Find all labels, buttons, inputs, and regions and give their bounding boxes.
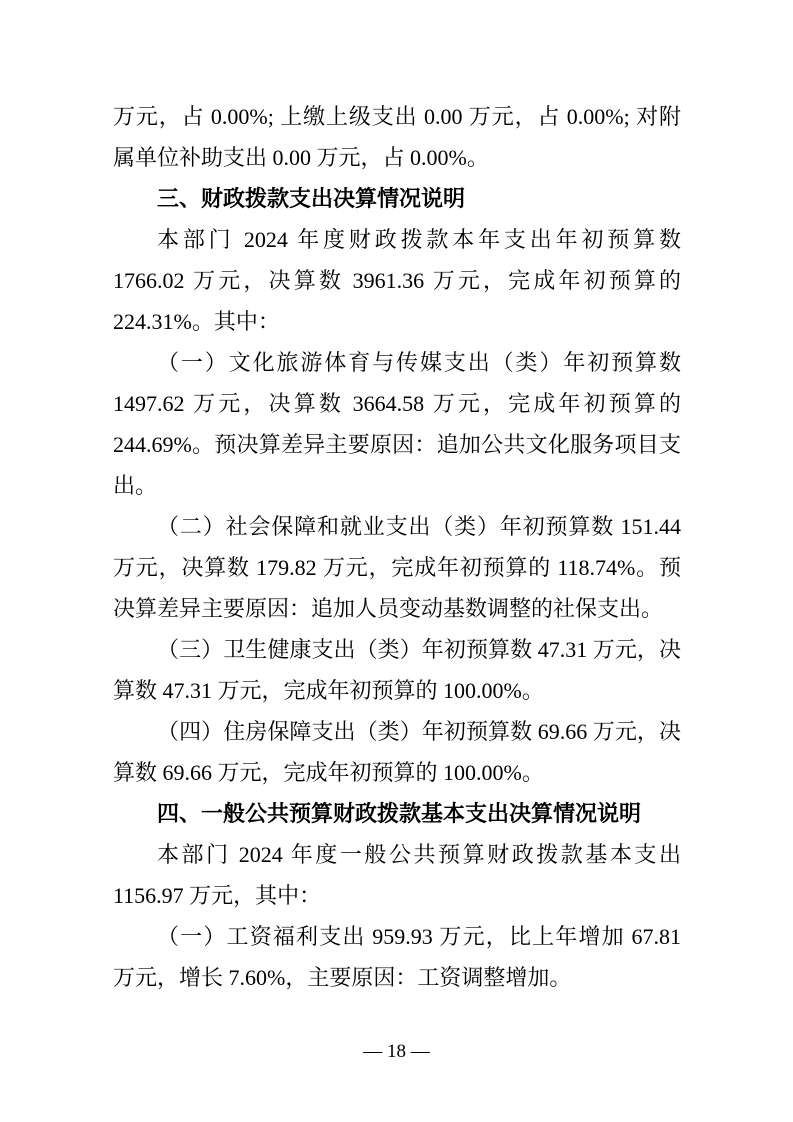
- paragraph: （一）文化旅游体育与传媒支出（类）年初预算数 1497.62 万元，决算数 36…: [113, 342, 681, 506]
- paragraph: 本部门 2024 年度一般公共预算财政拨款基本支出 1156.97 万元，其中：: [113, 834, 681, 916]
- paragraph: （三）卫生健康支出（类）年初预算数 47.31 万元，决算数 47.31 万元，…: [113, 629, 681, 711]
- section-heading: 四、一般公共预算财政拨款基本支出决算情况说明: [113, 793, 681, 834]
- section-heading: 三、财政拨款支出决算情况说明: [113, 178, 681, 219]
- paragraph: 万元，占 0.00%; 上缴上级支出 0.00 万元，占 0.00%; 对附属单…: [113, 96, 681, 178]
- paragraph: （一）工资福利支出 959.93 万元，比上年增加 67.81 万元，增长 7.…: [113, 916, 681, 998]
- document-body: 万元，占 0.00%; 上缴上级支出 0.00 万元，占 0.00%; 对附属单…: [113, 96, 681, 998]
- paragraph: （四）住房保障支出（类）年初预算数 69.66 万元，决算数 69.66 万元，…: [113, 711, 681, 793]
- paragraph: 本部门 2024 年度财政拨款本年支出年初预算数 1766.02 万元，决算数 …: [113, 219, 681, 342]
- document-page: 万元，占 0.00%; 上缴上级支出 0.00 万元，占 0.00%; 对附属单…: [0, 0, 793, 1122]
- page-footer: — 18 —: [0, 1041, 793, 1063]
- page-number: — 18 —: [363, 1041, 430, 1062]
- paragraph: （二）社会保障和就业支出（类）年初预算数 151.44 万元，决算数 179.8…: [113, 506, 681, 629]
